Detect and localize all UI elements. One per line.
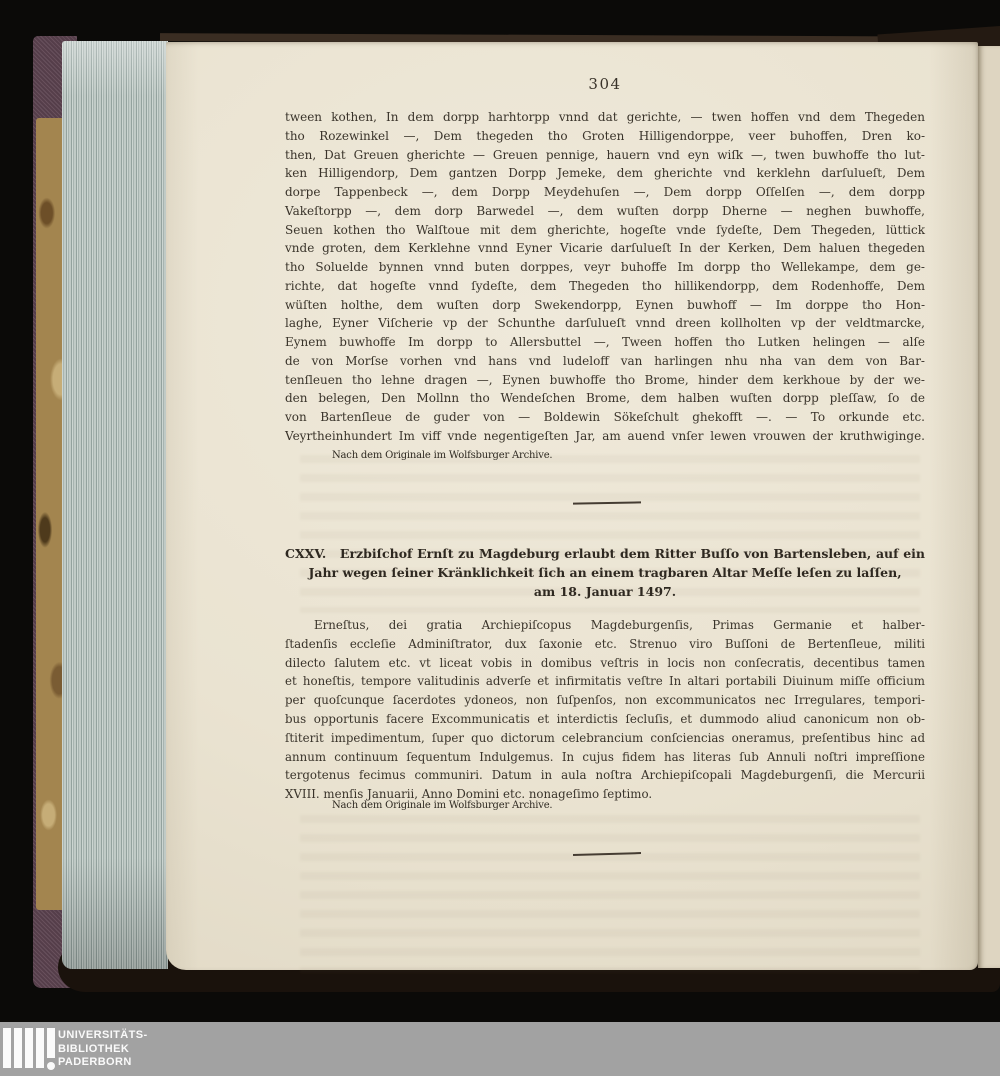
body-line-4: ken Hilligendorp, Dem gantzen Dorpp Jeme… [285, 164, 925, 183]
library-name-line: PADERBORN [58, 1056, 148, 1070]
logo-bar [14, 1028, 22, 1068]
source-note: Nach dem Originale im Wolfsburger Archiv… [332, 800, 552, 811]
body-line-10: richte, dat hogeſte vnnd ſydeſte, dem Th… [285, 277, 925, 296]
body-paragraph: tween kothen, In dem dorpp harhtorpp vnn… [285, 108, 925, 446]
logo-bar [3, 1028, 11, 1068]
body-line-13: Eynem buwhoffe Im dorpp to Allersbuttel … [285, 333, 925, 352]
body-line-1: tween kothen, In dem dorpp harhtorpp vnn… [285, 108, 925, 127]
body-line-6: Vakeſtorpp —, dem dorp Barwedel —, dem w… [285, 202, 925, 221]
body-line-3: then, Dat Greuen gherichte — Greuen penn… [285, 146, 925, 165]
latin-line-8: annum continuum ſequentum Indulgemus. In… [285, 748, 925, 767]
section-divider-rule [573, 852, 641, 856]
body-line-7: Seuen kothen tho Walſtoue mit dem gheric… [285, 221, 925, 240]
next-page-sliver [978, 46, 1000, 968]
body-line-17: von Bartenſleue de guder von — Boldewin … [285, 408, 925, 427]
section-numeral: CXXV. [285, 546, 326, 561]
logo-exclamation-dot [47, 1062, 55, 1070]
latin-line-7: ſtiterit impedimentum, ſuper quo dictoru… [285, 729, 925, 748]
latin-line-6: bus opportunis facere Excommunicatis et … [285, 710, 925, 729]
body-line-11: wüſten holthe, dem wuſten dorp Swekendor… [285, 296, 925, 315]
body-line-14: de von Morſse vorhen vnd hans vnd ludelo… [285, 352, 925, 371]
logo-exclamation-bar [47, 1028, 55, 1058]
body-line-15: tenſleuen tho lehne dragen —, Eynen buwh… [285, 371, 925, 390]
body-line-9: tho Soluelde bynnen vnnd buten dorppes, … [285, 258, 925, 277]
library-logo [3, 1028, 57, 1074]
latin-line-1: Erneſtus, dei gratia Archiepiſcopus Magd… [285, 616, 925, 635]
library-name-line: BIBLIOTHEK [58, 1043, 148, 1057]
section-divider-rule [573, 501, 641, 504]
latin-line-2: ſtadenſis eccleſie Adminiſtrator, dux ſa… [285, 635, 925, 654]
logo-bar [36, 1028, 44, 1068]
body-line-16: den belegen, Den Mollnn tho Wendeſchen B… [285, 389, 925, 408]
latin-line-3: dilecto ſalutem etc. vt liceat vobis in … [285, 654, 925, 673]
body-line-2: tho Rozewinkel —, Dem thegeden tho Grote… [285, 127, 925, 146]
logo-bar [25, 1028, 33, 1068]
section-heading: CXXV. Erzbiſchof Ernſt zu Magdeburg erla… [285, 544, 925, 601]
body-line-5: dorpe Tappenbeck —, dem Dorpp Meydehuſen… [285, 183, 925, 202]
page-number: 304 [285, 75, 925, 93]
heading-line-2: Jahr wegen ſeiner Kränklichkeit ſich an … [285, 563, 925, 582]
heading-line-1: CXXV. Erzbiſchof Ernſt zu Magdeburg erla… [285, 544, 925, 563]
latin-paragraph: Erneſtus, dei gratia Archiepiſcopus Magd… [285, 616, 925, 804]
latin-line-9: tergotenus fecimus communiri. Datum in a… [285, 766, 925, 785]
body-line-12: laghe, Eyner Viſcherie vp der Schunthe d… [285, 314, 925, 333]
heading-line-3: am 18. Januar 1497. [285, 582, 925, 601]
library-footer-bar: UNIVERSITÄTS- BIBLIOTHEK PADERBORN [0, 1022, 1000, 1076]
body-line-18: Veyrtheinhundert Im viff vnde negentigeſ… [285, 427, 925, 446]
body-line-8: vnde groten, dem Kerklehne vnnd Eyner Vi… [285, 239, 925, 258]
page-content: 304 tween kothen, In dem dorpp harhtorpp… [285, 0, 925, 1000]
latin-line-4: et honeſtis, tempore valitudinis adverſe… [285, 672, 925, 691]
source-note: Nach dem Originale im Wolfsburger Archiv… [332, 450, 552, 461]
scan-photo: 304 tween kothen, In dem dorpp harhtorpp… [0, 0, 1000, 1076]
latin-line-5: per quoſcunque ſacerdotes ydoneos, non ſ… [285, 691, 925, 710]
library-name-line: UNIVERSITÄTS- [58, 1029, 148, 1043]
page-edges-stack [62, 41, 168, 969]
heading-line-1-text: Erzbiſchof Ernſt zu Magdeburg erlaubt de… [340, 546, 925, 561]
library-name: UNIVERSITÄTS- BIBLIOTHEK PADERBORN [58, 1029, 148, 1070]
